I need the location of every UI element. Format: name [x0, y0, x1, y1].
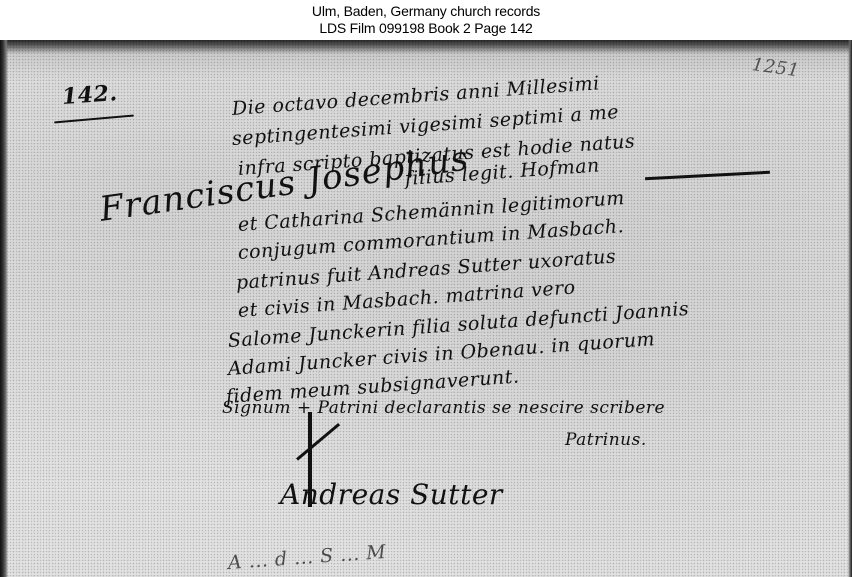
- scanned-document-page: 142. 1251 Franciscus Josephus Die octavo…: [0, 40, 852, 577]
- godfather-signature: Andreas Sutter: [280, 478, 503, 511]
- surname-underline: [645, 171, 770, 181]
- signature-declaration: Signum + Patrini declarantis se nescire …: [222, 398, 665, 418]
- page-right-edge: [848, 40, 852, 577]
- page-number: 142.: [61, 80, 118, 110]
- page-number-underline: [54, 115, 134, 124]
- godfather-label: Patrinus.: [565, 430, 647, 450]
- corner-folio-number: 1251: [751, 54, 801, 81]
- next-entry-partial: A ... d ... S ... M: [227, 541, 387, 574]
- caption-film-info: LDS Film 099198 Book 2 Page 142: [0, 20, 852, 37]
- page-left-edge: [0, 40, 8, 577]
- cross-mark-stroke: [296, 423, 340, 461]
- caption-title: Ulm, Baden, Germany church records: [0, 3, 852, 20]
- record-caption: Ulm, Baden, Germany church records LDS F…: [0, 0, 852, 40]
